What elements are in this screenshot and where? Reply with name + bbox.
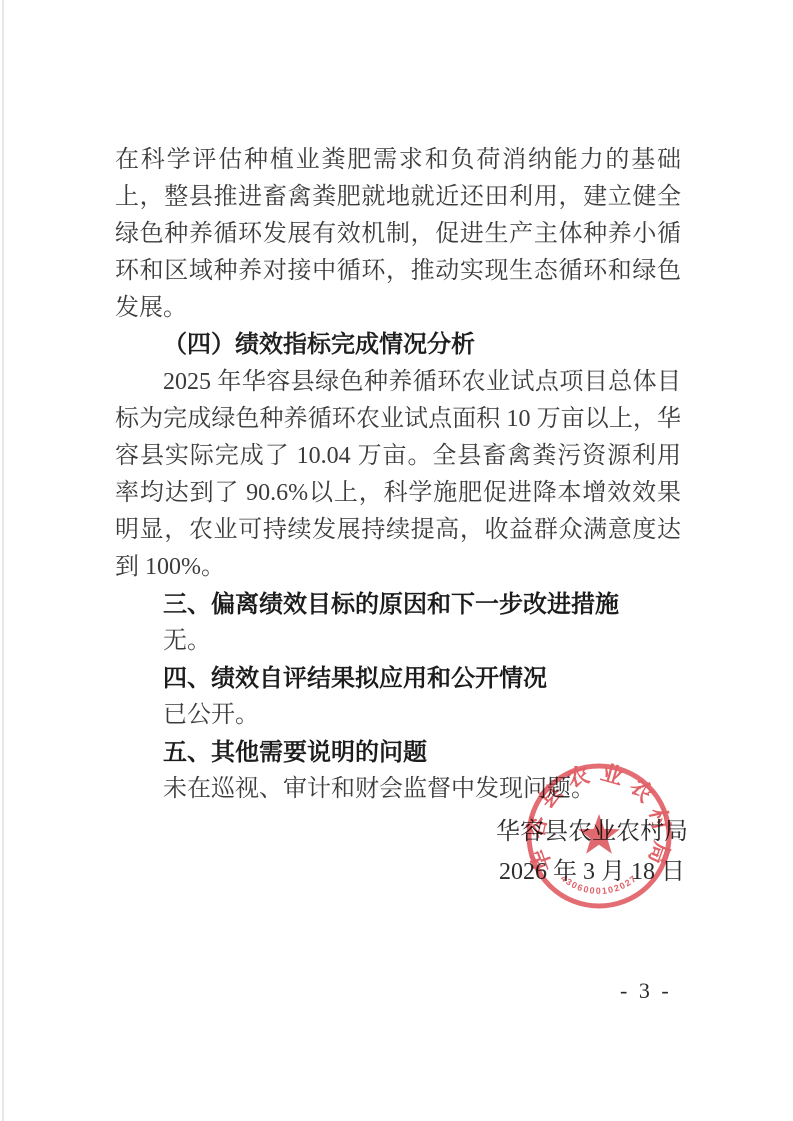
text-part3-none: 无。	[115, 623, 681, 660]
text-part4-published: 已公开。	[115, 697, 681, 734]
scan-edge-artifact	[2, 0, 4, 1121]
document-body: 在科学评估种植业粪肥需求和负荷消纳能力的基础上，整县推进畜禽粪肥就地就近还田利用…	[115, 142, 681, 808]
section-heading-performance-indicator-analysis: （四）绩效指标完成情况分析	[115, 327, 681, 364]
seal-star	[578, 814, 620, 854]
seal-code: 4306000102027	[559, 873, 639, 896]
seal-code-container: 4306000102027	[559, 873, 639, 896]
heading-part3-deviation-causes: 三、偏离绩效目标的原因和下一步改进措施	[115, 586, 681, 623]
heading-part4-result-publication: 四、绩效自评结果拟应用和公开情况	[115, 660, 681, 697]
continuation-paragraph: 在科学评估种植业粪肥需求和负荷消纳能力的基础上，整县推进畜禽粪肥就地就近还田利用…	[115, 142, 681, 327]
page-number: - 3 -	[620, 978, 672, 1004]
official-seal: 华容县农业农村局 4306000102027	[524, 761, 674, 911]
document-page: 在科学评估种植业粪肥需求和负荷消纳能力的基础上，整县推进畜禽粪肥就地就近还田利用…	[0, 0, 793, 1121]
paragraph-performance-analysis: 2025 年华容县绿色种养循环农业试点项目总体目标为完成绿色种养循环农业试点面积…	[115, 364, 681, 586]
